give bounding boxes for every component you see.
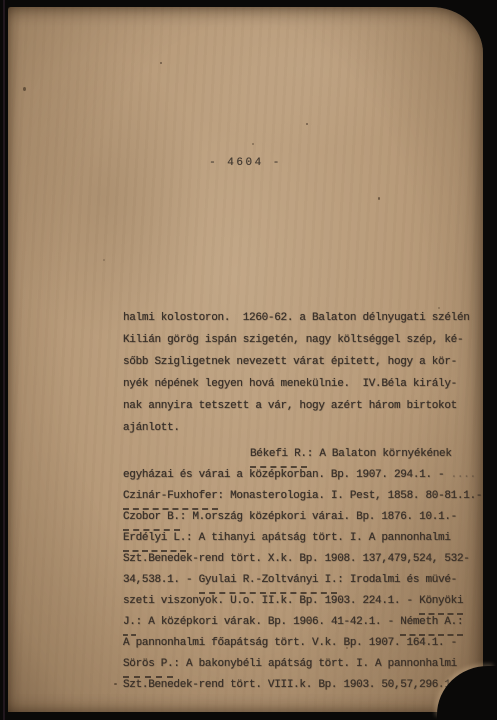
bibliography-paragraph: Békefi R.: A Balaton környékének egyháza…: [123, 444, 495, 696]
bib-text: : A középkori várak. Bp. 1906. 41-42.1. …: [136, 616, 401, 628]
paper-speck: [103, 259, 105, 261]
paper-speck: [346, 647, 348, 649]
bib-line: A pannonhalmi főapátság tört. V.k. Bp. 1…: [123, 633, 495, 654]
page-number: - 4604 -: [8, 157, 483, 169]
body-line: nak annyira tetszett a vár, hogy azért h…: [123, 395, 495, 417]
bib-text: : A Balaton környékének: [307, 448, 452, 460]
body-paragraph: halmi kolostoron. 1260-62. a Balaton dél…: [123, 307, 495, 439]
paper-speck: [160, 62, 162, 64]
paper-speck: [114, 683, 117, 685]
bib-text: Szt.Benedek-rend tört. VIII.k. Bp. 1903.…: [123, 679, 463, 691]
bib-line: Sörös P.: A bakonybéli apátság tört. I. …: [123, 654, 495, 675]
bib-text: : A bakonybéli apátság tört. I. A pannon…: [173, 658, 457, 670]
scanned-page: - 4604 - halmi kolostoron. 1260-62. a Ba…: [0, 0, 497, 720]
bib-text: : A tihanyi apátság tört. I. A pannonhal…: [186, 532, 451, 544]
paper-speck: [23, 87, 26, 91]
bib-line: Szt.Benedek-rend tört. VIII.k. Bp. 1903.…: [123, 675, 495, 696]
bib-text: A pannonhalmi főapátság tört. V.k. Bp. 1…: [123, 637, 457, 649]
manuscript-paper: - 4604 - halmi kolostoron. 1260-62. a Ba…: [8, 7, 483, 712]
body-line: ajánlott.: [123, 417, 495, 439]
paper-speck: [438, 307, 440, 309]
bib-line: egyházai és várai a középkorban. Bp. 190…: [123, 465, 495, 486]
body-line: nyék népének legyen hová menekülnie. IV.…: [123, 373, 495, 395]
bib-line: J.: A középkori várak. Bp. 1906. 41-42.1…: [123, 612, 495, 633]
body-line: Kilián görög ispán szigetén, nagy költsé…: [123, 329, 495, 351]
bib-text: : Monasterologia. I. Pest, 1858. 80-81.1…: [218, 490, 483, 502]
bib-text: egyházai és várai a középkorban. Bp. 190…: [123, 469, 451, 481]
scan-edge-line: [3, 0, 5, 720]
bib-line: 34,538.1. - Gyulai R.-Zoltványi I.: Irod…: [123, 570, 495, 591]
paper-speck: [252, 143, 254, 145]
bib-line: Békefi R.: A Balaton környékének: [123, 444, 495, 465]
bib-line: Czinár-Fuxhofer: Monasterologia. I. Pest…: [123, 486, 495, 507]
bib-text: 34,538.1. -: [123, 574, 199, 586]
bib-line: Szt.Benedek-rend tört. X.k. Bp. 1908. 13…: [123, 549, 495, 570]
bib-line: Czobor B.: M.ország középkori várai. Bp.…: [123, 507, 495, 528]
bib-text: szeti viszonyok. U.o. II.k. Bp. 1903. 22…: [123, 595, 419, 607]
bib-text: : M.ország középkori várai. Bp. 1876. 10…: [180, 511, 457, 523]
bib-text: : Irodalmi és müvé-: [337, 574, 457, 586]
body-line: halmi kolostoron. 1260-62. a Balaton dél…: [123, 307, 495, 329]
bib-faint-dots: ....: [451, 469, 476, 481]
paper-speck: [306, 123, 308, 125]
bib-line: szeti viszonyok. U.o. II.k. Bp. 1903. 22…: [123, 591, 495, 612]
bib-line: Erdélyi L.: A tihanyi apátság tört. I. A…: [123, 528, 495, 549]
bib-text: Szt.Benedek-rend tört. X.k. Bp. 1908. 13…: [123, 553, 470, 565]
paper-speck: [378, 197, 380, 200]
body-line: sőbb Szigligetnek nevezett várat épitett…: [123, 351, 495, 373]
